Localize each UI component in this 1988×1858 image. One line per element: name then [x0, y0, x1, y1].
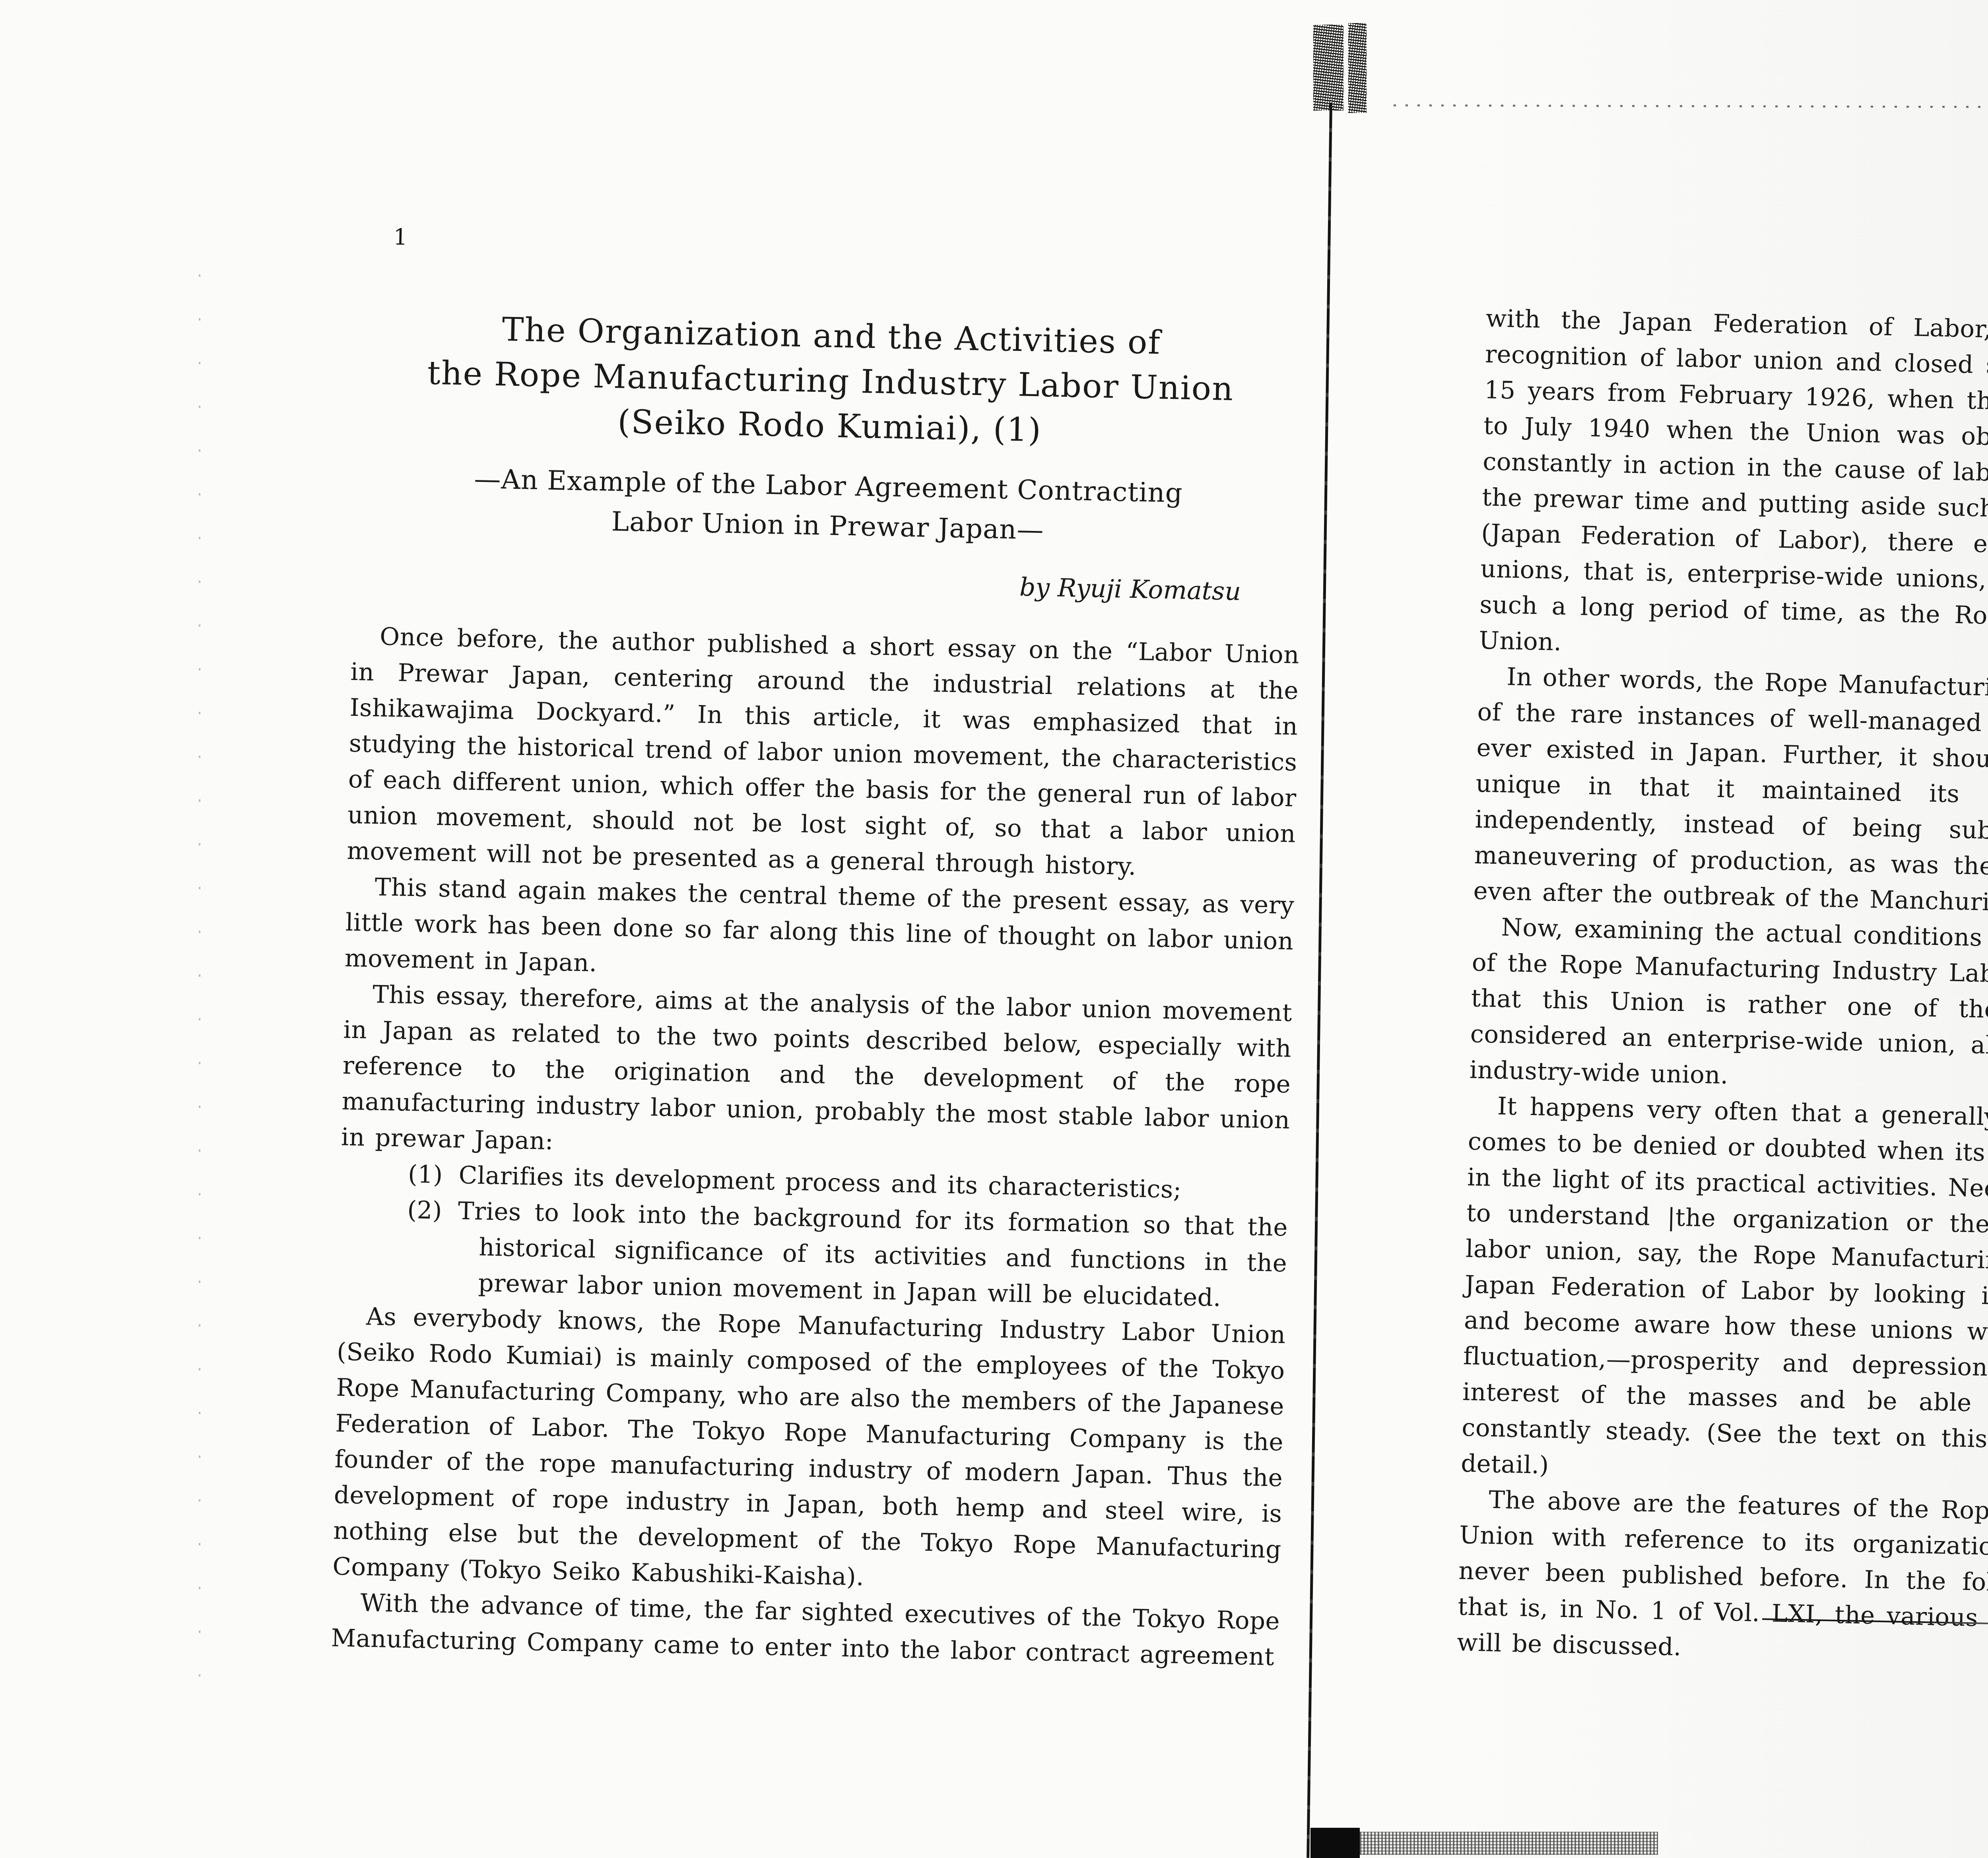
paragraph: This stand again makes the central theme…	[344, 869, 1295, 995]
paragraph: Once before, the author published a shor…	[347, 618, 1300, 888]
paragraph: Now, examining the actual conditions of …	[1469, 909, 1988, 1109]
scan-ink-blotch	[1310, 1828, 1360, 1858]
list-item-text: Tries to look into the background for it…	[458, 1197, 1288, 1312]
page-2: 2 with the Japan Federation of Labor, an…	[1457, 267, 1988, 1681]
paragraph: As everybody knows, the Rope Manufacturi…	[332, 1298, 1286, 1603]
scanned-book-spread: 1 The Organization and the Activities of…	[0, 0, 1988, 1858]
scan-noise-band	[1360, 1832, 1658, 1855]
left-page-edge-dots	[199, 274, 200, 1706]
paragraph: This essay, therefore, aims at the analy…	[341, 976, 1293, 1174]
paragraph: In other words, the Rope Manufacturing I…	[1473, 659, 1988, 930]
page-1: 1 The Organization and the Activities of…	[331, 304, 1306, 1675]
list-item: (2)Tries to look into the background for…	[338, 1191, 1288, 1318]
spine-gutter-line	[1307, 103, 1332, 1858]
paragraph: It happens very often that a generally a…	[1460, 1088, 1988, 1502]
article-subtitle: —An Example of the Labor Agreement Contr…	[353, 457, 1303, 555]
binding-tape-artifact	[1313, 25, 1343, 111]
list-item-marker: (1)	[408, 1160, 443, 1189]
list-item-marker: (2)	[407, 1196, 443, 1225]
article-title: The Organization and the Activities of t…	[355, 304, 1306, 458]
paragraph: with the Japan Federation of Labor, and …	[1479, 301, 1988, 679]
binding-tape-artifact	[1348, 23, 1367, 113]
page-number: 1	[393, 224, 408, 252]
paragraph: The above are the features of the Rope M…	[1457, 1481, 1988, 1681]
byline: by Ryuji Komatsu	[352, 559, 1301, 607]
